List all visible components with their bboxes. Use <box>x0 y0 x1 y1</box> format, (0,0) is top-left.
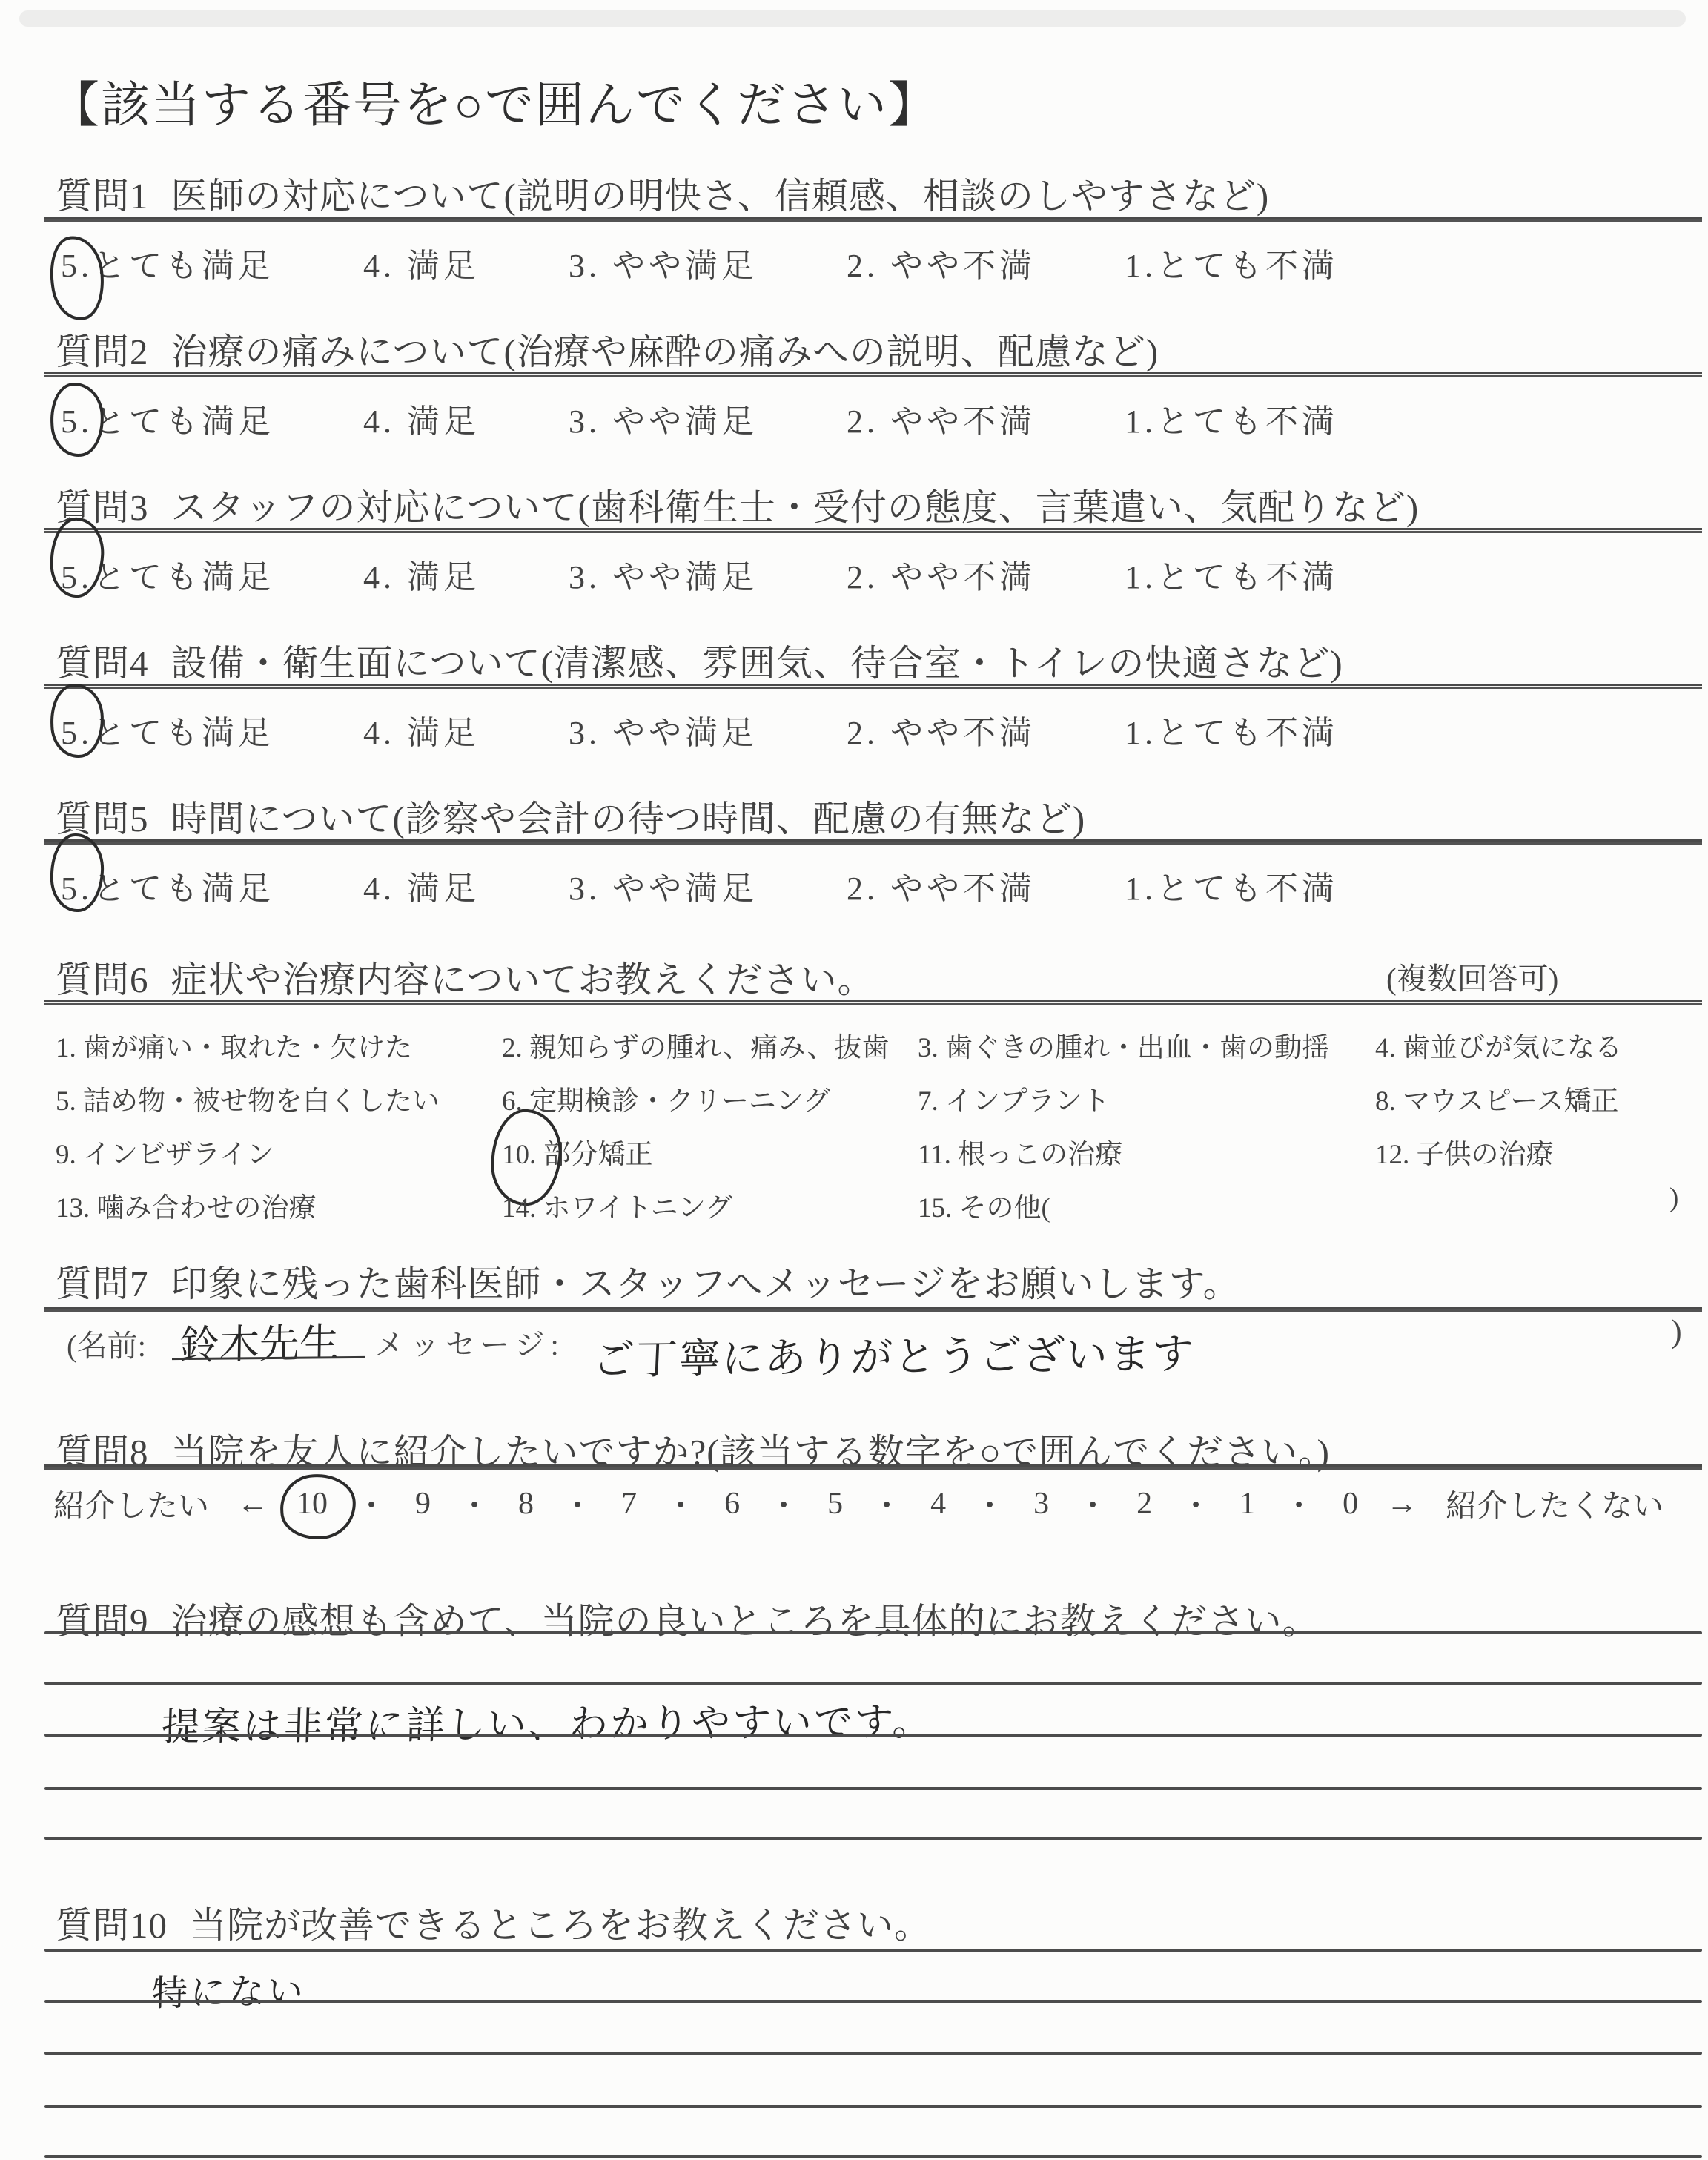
question-1-options: 5.とても満足 4. 満足 3. やや満足 2. やや不満 1.とても不満 <box>61 239 1338 286</box>
symptom-option-10: 10. 部分矯正 <box>502 1132 653 1172</box>
nps-value-6: 6 <box>724 1486 740 1522</box>
answer-line <box>44 1949 1702 1952</box>
answer-line <box>44 1682 1702 1685</box>
rating-option-5: 5.とても満足 <box>61 394 274 442</box>
answer-line <box>44 1787 1702 1790</box>
handwritten-message: ご丁寧にありがとうございます <box>592 1321 1196 1387</box>
nps-value-4: 4 <box>930 1486 946 1522</box>
nps-separator: ・ <box>974 1482 1005 1526</box>
question-9-title: 質問9治療の感想も含めて、当院の良いところを具体的にお教えください。 <box>56 1593 1320 1645</box>
rating-option-2: 2. やや不満 <box>847 862 1036 909</box>
nps-separator: ・ <box>1077 1482 1108 1526</box>
answer-line <box>44 2155 1702 2158</box>
question-2-label: 質問2 <box>56 331 149 372</box>
nps-value-8: 8 <box>518 1486 534 1522</box>
question-3-options: 5.とても満足 4. 満足 3. やや満足 2. やや不満 1.とても不満 <box>61 550 1338 598</box>
nps-left-label: 紹介したい <box>53 1482 209 1526</box>
nps-scale-row: 紹介したい ← 10 ・ 9 ・ 8 ・ 7 ・ 6 ・ 5 ・ 4 ・ 3 ・… <box>53 1482 1664 1526</box>
question-10-title: 質問10当院が改善できるところをお教えください。 <box>56 1897 931 1949</box>
handwritten-circle-q2 <box>48 381 105 458</box>
nps-value-3: 3 <box>1033 1486 1049 1522</box>
symptom-option-8: 8. マウスピース矯正 <box>1375 1078 1619 1118</box>
question-4-topic: 設備・衛生面について(清潔感、雰囲気、待合室・トイレの快適さなど) <box>171 643 1343 684</box>
section-divider <box>44 1464 1702 1470</box>
rating-option-1: 1.とても不満 <box>1125 550 1338 598</box>
handwritten-circle-q8 <box>279 1472 357 1541</box>
nps-value-9: 9 <box>415 1486 431 1522</box>
question-6-label: 質問6 <box>56 960 149 1000</box>
answer-line <box>44 1631 1702 1634</box>
symptom-option-1: 1. 歯が痛い・取れた・欠けた <box>56 1025 412 1065</box>
question-4-options: 5.とても満足 4. 満足 3. やや満足 2. やや不満 1.とても不満 <box>61 706 1338 753</box>
section-divider <box>44 1000 1702 1005</box>
rating-option-4: 4. 満足 <box>363 550 480 598</box>
symptom-option-5: 5. 詰め物・被せ物を白くしたい <box>56 1078 440 1118</box>
symptom-option-12: 12. 子供の治療 <box>1375 1132 1554 1172</box>
rating-option-4: 4. 満足 <box>363 862 480 909</box>
rating-option-2: 2. やや不満 <box>847 706 1036 753</box>
answer-line <box>44 1734 1702 1737</box>
rating-option-1: 1.とても不満 <box>1125 706 1338 753</box>
question-3-title: 質問3スタッフの対応について(歯科衛生士・受付の態度、言葉遣い、気配りなど) <box>56 479 1419 531</box>
symptom-option-3: 3. 歯ぐきの腫れ・出血・歯の動揺 <box>918 1025 1329 1065</box>
rating-option-4: 4. 満足 <box>363 239 480 286</box>
rating-option-5: 5.とても満足 <box>61 862 274 909</box>
symptom-option-14: 14. ホワイトニング <box>502 1185 732 1225</box>
nps-separator: ・ <box>768 1482 799 1526</box>
question-10-topic: 当院が改善できるところをお教えください。 <box>190 1905 931 1946</box>
rating-option-2: 2. やや不満 <box>847 394 1036 442</box>
q7-close-paren: ) <box>1671 1312 1682 1350</box>
question-2-title: 質問2治療の痛みについて(治療や麻酔の痛みへの説明、配慮など) <box>56 323 1159 375</box>
section-divider <box>44 217 1702 222</box>
rating-option-5: 5.とても満足 <box>61 550 274 598</box>
handwritten-circle-q1 <box>45 233 108 323</box>
nps-separator: ・ <box>665 1482 696 1526</box>
symptom-option-15-close-paren: ) <box>1669 1182 1678 1214</box>
symptom-option-4: 4. 歯並びが気になる <box>1375 1025 1622 1065</box>
section-divider <box>44 684 1702 689</box>
nps-right-label: 紹介したくない <box>1446 1482 1664 1526</box>
nps-value-2: 2 <box>1136 1486 1152 1522</box>
handwritten-answer-q9: 提案は非常に詳しい、わかりやすいです。 <box>161 1690 934 1751</box>
rating-option-2: 2. やや不満 <box>847 239 1036 286</box>
rating-option-4: 4. 満足 <box>363 706 480 753</box>
question-9-label: 質問9 <box>56 1601 149 1642</box>
section-divider <box>44 372 1702 377</box>
question-2-topic: 治療の痛みについて(治療や麻酔の痛みへの説明、配慮など) <box>171 331 1159 372</box>
question-4-title: 質問4設備・衛生面について(清潔感、雰囲気、待合室・トイレの快適さなど) <box>56 635 1343 687</box>
nps-value-1: 1 <box>1239 1486 1255 1522</box>
symptom-option-11: 11. 根っこの治療 <box>918 1132 1122 1172</box>
nps-value-7: 7 <box>621 1486 637 1522</box>
rating-option-3: 3. やや満足 <box>569 239 758 286</box>
rating-option-3: 3. やや満足 <box>569 862 758 909</box>
page-title: 【該当する番号を○で囲んでください】 <box>50 65 939 136</box>
nps-separator: ・ <box>1283 1482 1314 1526</box>
symptom-option-6: 6. 定期検診・クリーニング <box>502 1078 830 1118</box>
rating-option-1: 1.とても不満 <box>1125 239 1338 286</box>
symptom-option-9: 9. インビザライン <box>56 1132 274 1172</box>
rating-option-4: 4. 満足 <box>363 394 480 442</box>
rating-option-3: 3. やや満足 <box>569 706 758 753</box>
question-9-topic: 治療の感想も含めて、当院の良いところを具体的にお教えください。 <box>171 1601 1320 1642</box>
question-5-topic: 時間について(診察や会計の待つ時間、配慮の有無など) <box>171 799 1086 839</box>
right-arrow-icon: → <box>1386 1486 1417 1522</box>
answer-line <box>44 1837 1702 1840</box>
message-field-label: メッセージ: <box>374 1321 565 1364</box>
nps-separator: ・ <box>1180 1482 1211 1526</box>
handwritten-name: 鈴木先生 <box>179 1311 340 1371</box>
nps-value-10: 10 <box>297 1486 328 1522</box>
answer-line <box>44 2105 1702 2108</box>
symptom-option-7: 7. インプラント <box>918 1078 1110 1118</box>
name-field-label: (名前: <box>67 1321 146 1365</box>
question-6-title: 質問6症状や治療内容についてお教えください。 <box>56 951 875 1003</box>
nps-separator: ・ <box>871 1482 902 1526</box>
rating-option-3: 3. やや満足 <box>569 550 758 598</box>
nps-value-5: 5 <box>827 1486 843 1522</box>
rating-option-5: 5.とても満足 <box>61 706 274 753</box>
rating-option-5: 5.とても満足 <box>61 239 274 286</box>
question-6-note: (複数回答可) <box>1386 954 1558 998</box>
question-7-label: 質問7 <box>56 1264 149 1304</box>
question-10-label: 質問10 <box>56 1905 168 1946</box>
handwritten-answer-q10: 特にない <box>151 1962 306 2016</box>
answer-line <box>44 2052 1702 2055</box>
nps-separator: ・ <box>459 1482 490 1526</box>
question-1-title: 質問1医師の対応について(説明の明快さ、信頼感、相談のしやすさなど) <box>56 168 1269 219</box>
rating-option-1: 1.とても不満 <box>1125 394 1338 442</box>
answer-line <box>44 2000 1702 2003</box>
question-7-title: 質問7印象に残った歯科医師・スタッフへメッセージをお願いします。 <box>56 1255 1240 1307</box>
symptom-option-15: 15. その他( <box>918 1185 1050 1225</box>
question-5-title: 質問5時間について(診察や会計の待つ時間、配慮の有無など) <box>56 790 1085 842</box>
question-5-label: 質問5 <box>56 799 149 839</box>
rating-option-3: 3. やや満足 <box>569 394 758 442</box>
question-6-topic: 症状や治療内容についてお教えください。 <box>171 960 875 1000</box>
symptom-option-13: 13. 噛み合わせの治療 <box>56 1185 317 1225</box>
question-7-topic: 印象に残った歯科医師・スタッフへメッセージをお願いします。 <box>171 1264 1240 1304</box>
left-arrow-icon: ← <box>237 1486 268 1522</box>
question-2-options: 5.とても満足 4. 満足 3. やや満足 2. やや不満 1.とても不満 <box>61 394 1338 442</box>
question-1-topic: 医師の対応について(説明の明快さ、信頼感、相談のしやすさなど) <box>171 176 1270 217</box>
question-4-label: 質問4 <box>56 643 149 684</box>
rating-option-1: 1.とても不満 <box>1125 862 1338 909</box>
question-3-topic: スタッフの対応について(歯科衛生士・受付の態度、言葉遣い、気配りなど) <box>171 487 1420 528</box>
nps-separator: ・ <box>562 1482 593 1526</box>
symptom-option-2: 2. 親知らずの腫れ、痛み、抜歯 <box>502 1025 889 1065</box>
section-divider <box>44 1307 1702 1312</box>
nps-value-0: 0 <box>1343 1486 1358 1522</box>
question-1-label: 質問1 <box>56 176 149 217</box>
scan-edge-artifact <box>19 10 1686 27</box>
survey-page: 【該当する番号を○で囲んでください】 質問1医師の対応について(説明の明快さ、信… <box>0 0 1708 2160</box>
question-5-options: 5.とても満足 4. 満足 3. やや満足 2. やや不満 1.とても不満 <box>61 862 1338 909</box>
rating-option-2: 2. やや不満 <box>847 550 1036 598</box>
nps-separator: ・ <box>356 1482 387 1526</box>
section-divider <box>44 839 1702 845</box>
section-divider <box>44 528 1702 533</box>
